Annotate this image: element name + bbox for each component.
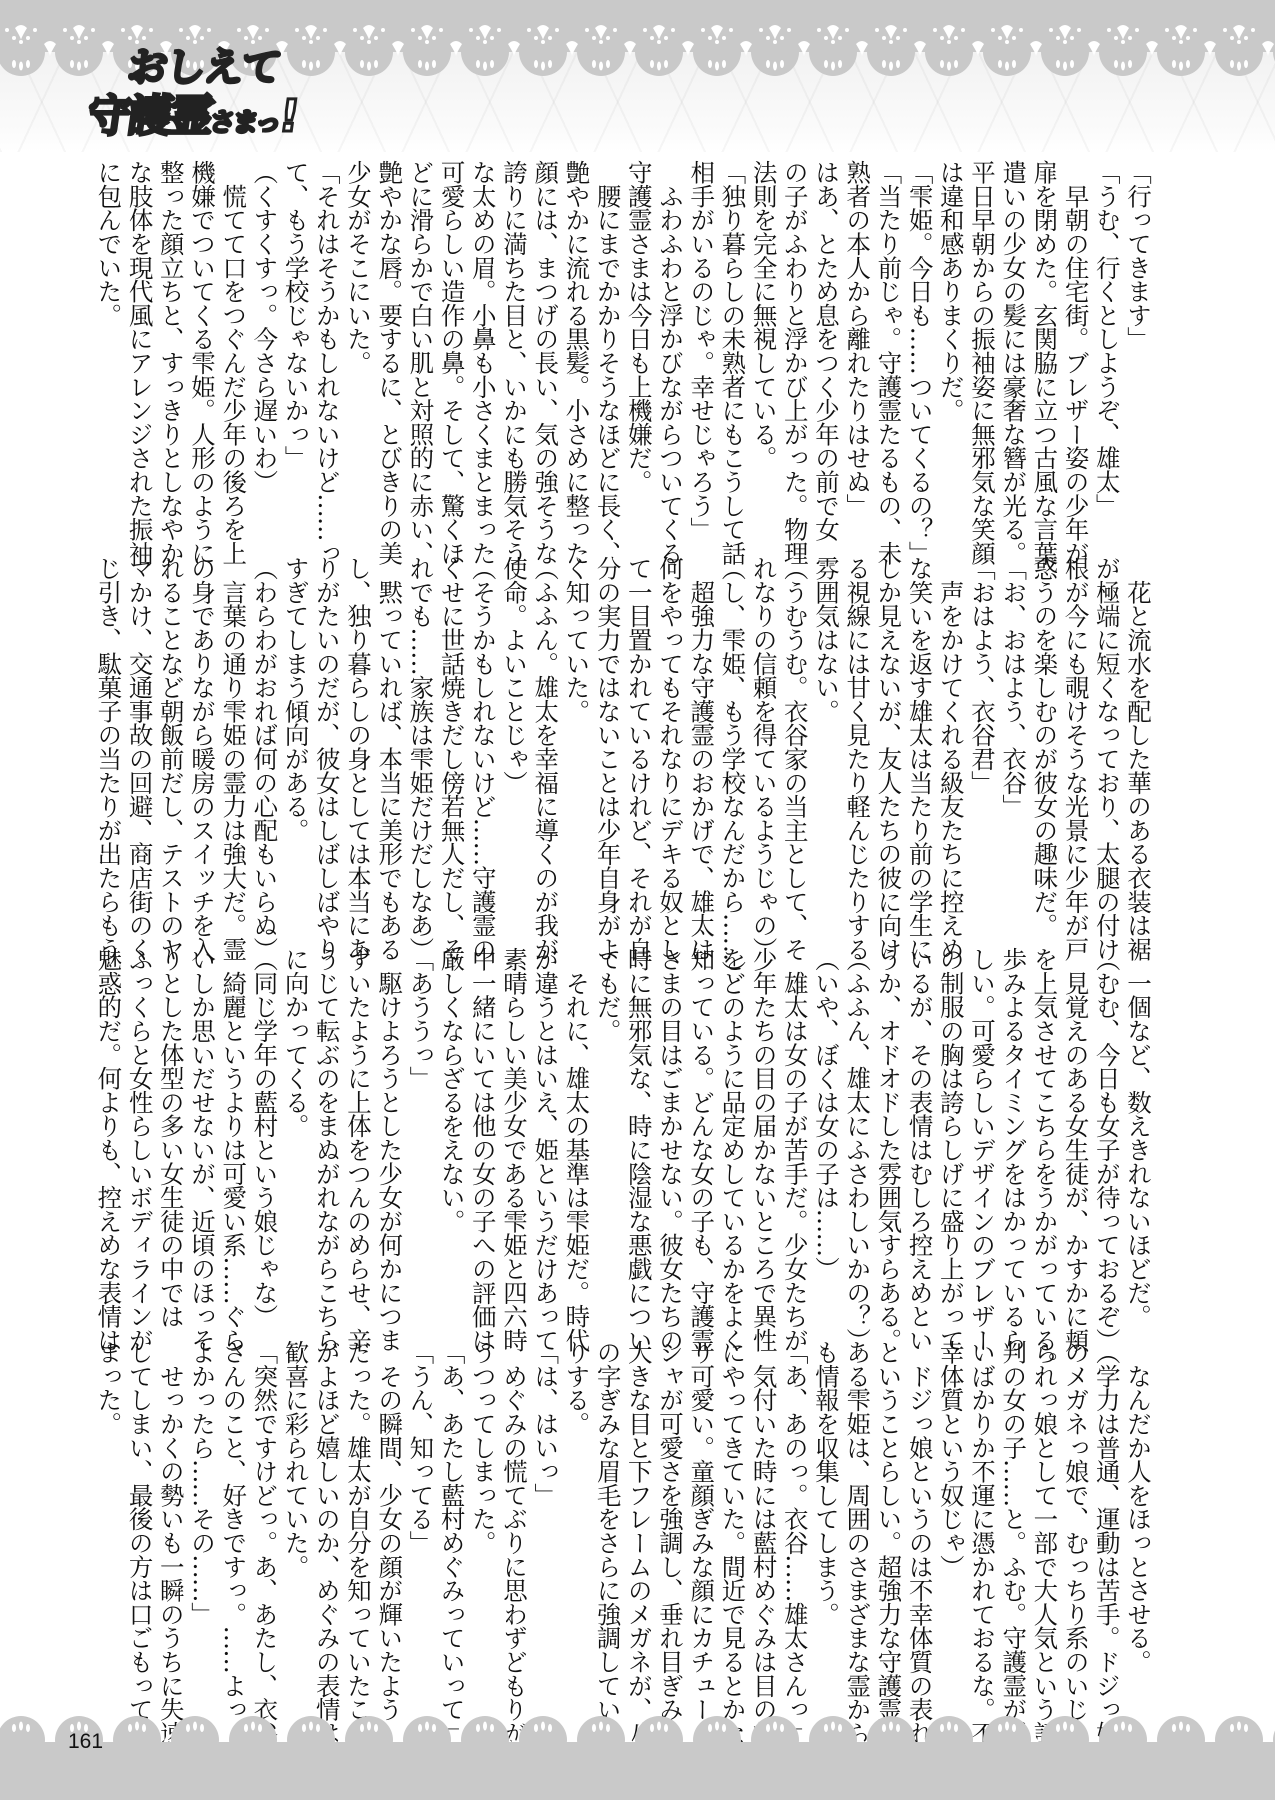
text-column: のメガネっ娘で、むっちり系のいじめ: [1062, 1340, 1090, 1745]
text-column: 知っている。どんな女の子も、守護霊: [687, 947, 715, 1352]
text-column: すぎてしまう傾向がある。: [282, 556, 310, 842]
text-column: 「独り暮らしの未熟者にもこうして話: [718, 160, 746, 565]
text-column: 「あ、あのっ。衣谷……雄太さんっ」: [781, 1340, 809, 1745]
text-column: 少年たちの目の届かないところで異性: [750, 947, 778, 1352]
text-column: 魅惑的だ。何よりも、控えめな表情は: [94, 947, 122, 1352]
text-column: 中一緒にいては他の女の子への評価は: [469, 947, 497, 1352]
text-column: ということらしい。超強力な守護霊で: [874, 1340, 902, 1745]
text-column: （うむうむ。衣谷家の当主として、そ: [781, 556, 809, 961]
text-column: りがたいのだが、彼女はしばしばやり: [313, 556, 341, 961]
text-column: （そうかもしれないけど……守護霊の: [469, 556, 497, 961]
text-column: 使命。よいことじゃ）: [500, 556, 528, 794]
text-column: 判の女の子……と。ふむ。守護霊が弱: [999, 1340, 1027, 1745]
text-column: な太めの眉。小鼻も小さくまとまった: [469, 160, 497, 565]
text-column: （学力は普通、運動は苦手。ドジっ娘: [1093, 1340, 1121, 1745]
text-column: の制服の胸は誇らしげに盛り上がって: [937, 947, 965, 1352]
text-column: （むむ、今日も女子が待っておるぞ）: [1093, 947, 1121, 1352]
text-column: の身でありながら暖房のスイッチを入: [188, 556, 216, 961]
text-column: ずいたように上体をつんのめらせ、辛: [344, 947, 372, 1352]
series-logo: おしえて 守護霊さまっ!: [88, 36, 298, 136]
text-column: し、独り暮らしの身としては本当にあ: [344, 556, 372, 961]
text-column: （ふふん、雄太にふさわしいかの？）: [843, 947, 871, 1352]
text-column: いばかりか不運に憑かれておるな。不: [968, 1340, 996, 1745]
text-column: 雰囲気はない。: [812, 556, 840, 723]
text-column: 顔には、まつげの長い、気の強そうな: [531, 160, 559, 565]
text-column: 歩みよるタイミングをはかっているら: [999, 947, 1027, 1352]
text-column: 厳しくならざるをえない。: [438, 947, 466, 1233]
text-column: いるが、その表情はむしろ控えめとい: [906, 947, 934, 1352]
text-column: に包んでいた。: [94, 160, 122, 327]
text-column: られっ娘として一部で大人気という評: [1030, 1340, 1058, 1745]
text-column: 「あ、あたし藍村めぐみっていって」: [438, 1340, 466, 1745]
text-column: （同じ学年の藍村という娘じゃな）: [250, 947, 278, 1328]
text-column: も情報を収集してしまう。: [812, 1340, 840, 1626]
text-column: な笑いを返す雄太は当たり前の学生に: [906, 556, 934, 961]
text-column: 法則を完全に無視している。: [750, 160, 778, 469]
text-column: うつってしまった。: [469, 1340, 497, 1554]
text-column: 艶やかな唇。要するに、とびきりの美: [375, 160, 403, 565]
text-column: にやってきていた。間近で見るとかな: [718, 1340, 746, 1745]
text-column: ドジっ娘というのは不幸体質の表れ: [906, 1340, 934, 1745]
text-column: 相手がいるのじゃ。幸せじゃろう」: [687, 160, 715, 541]
text-column: 少女がそこにいた。: [344, 160, 372, 374]
text-column: れることなど朝飯前だし、テストのヤ: [157, 556, 185, 961]
novel-page: おしえて 守護霊さまっ! 「行ってきます」「うむ、行くとしようぞ、雄太」 早朝の…: [0, 0, 1275, 1800]
text-column: 「おはよう、衣谷君」: [968, 556, 996, 794]
text-column: くせに世話焼きだし傍若無人だし、そ: [438, 556, 466, 961]
text-column: 駆けよろうとした少女が何かにつま: [375, 947, 403, 1352]
text-column: 熟者の本人から離れたりはせぬ」: [843, 160, 871, 517]
text-column: 整った顔立ちと、すっきりとしなやか: [157, 160, 185, 565]
text-column: うか、オドオドした雰囲気すらある。: [874, 947, 902, 1352]
text-column: 平日早朝からの振袖姿に無邪気な笑顔: [968, 160, 996, 565]
text-column: 扉を閉めた。玄関脇に立つ古風な言葉: [1030, 160, 1058, 565]
text-column: の子がふわりと浮かび上がった。物理: [781, 160, 809, 565]
text-column: 声をかけてくれる級友たちに控えめ: [937, 556, 965, 961]
text-column: 「お、おはよう、衣谷」: [999, 556, 1027, 818]
text-column: り可愛い。童顔ぎみな顔にカチュー: [687, 1340, 715, 1721]
text-column: て、もう学校じゃないかっ」: [282, 160, 310, 469]
text-column: うじて転ぶのをまぬがれながらこちら: [313, 947, 341, 1352]
text-column: しか見えないが、友人たちの彼に向け: [874, 556, 902, 961]
text-column: て一目置かれているけれど、それが自: [625, 556, 653, 961]
text-column: 花と流水を配した華のある衣装は裾: [1124, 556, 1152, 961]
text-column: せっかくの勢いも一瞬のうちに失速: [157, 1340, 185, 1745]
text-column: まった。: [94, 1340, 122, 1435]
text-column: なんだか人をほっとさせる。: [1124, 1340, 1152, 1673]
text-column: それに、雄太の基準は雫姫だ。時代: [562, 947, 590, 1352]
text-column: れでも……家族は雫姫だけだしなあ）: [406, 556, 434, 961]
text-column: 「突然ですけどっ。あ、あたし、衣谷: [250, 1340, 278, 1745]
text-column: 一個など、数えきれないほどだ。: [1124, 947, 1152, 1328]
text-tier-1: 「行ってきます」「うむ、行くとしようぞ、雄太」 早朝の住宅街。ブレザー姿の少年が…: [82, 160, 1152, 530]
text-column: めぐみの慌てぶりに思わずどもりが: [500, 1340, 528, 1745]
text-column: （し、雫姫、もう学校なんだから……）: [718, 556, 746, 984]
text-column: れなりの信頼を得ているようじゃの）: [750, 556, 778, 961]
text-column: 「うむ、行くとしようぞ、雄太」: [1093, 160, 1121, 517]
text-column: その瞬間、少女の顔が輝いたよう: [375, 1340, 403, 1721]
text-column: 「行ってきます」: [1124, 160, 1152, 350]
text-column: 誇りに満ちた目と、いかにも勝気そう: [500, 160, 528, 565]
text-column: ふっくらと女性らしいボディラインが: [126, 947, 154, 1352]
text-column: 艶やかに流れる黒髪。小さめに整った: [562, 160, 590, 565]
text-column: しい。可愛らしいデザインのブレザー: [968, 947, 996, 1352]
text-column: な肢体を現代風にアレンジされた振袖: [126, 160, 154, 565]
text-column: 「それはそうかもしれないけど……っ: [313, 160, 341, 565]
text-tier-2: 花と流水を配した華のある衣装は裾が極端に短くなっており、太腿の付け根が今にも覗け…: [82, 556, 1152, 926]
text-column: 根が今にも覗けそうな光景に少年が戸: [1062, 556, 1090, 961]
text-column: （ふふん。雄太を幸福に導くのが我が: [531, 556, 559, 961]
text-column: 「雫姫。今日も……ついてくるの？」: [906, 160, 934, 565]
text-column: 幸体質という奴じゃ）: [937, 1340, 965, 1578]
text-column: 分の実力ではないことは少年自身がよ: [594, 556, 622, 961]
text-column: マかけ、交通事故の回避、商店街のく: [126, 556, 154, 961]
text-column: をどのように品定めしているかをよく: [718, 947, 746, 1352]
logo-line2: 守護霊さまっ!: [84, 80, 302, 144]
text-column: 「当たり前じゃ。守護霊たるもの、未: [874, 160, 902, 565]
footer-band: [0, 1742, 1275, 1800]
text-column: が違うとはいえ、姫というだけあって: [531, 947, 559, 1352]
text-column: がよほど嬉しいのか、めぐみの表情は: [313, 1340, 341, 1745]
text-column: 黙っていれば、本当に美形でもある: [375, 556, 403, 961]
text-column: さんのこと、好きですっ。……よっ、: [219, 1340, 247, 1745]
text-column: に向かってくる。: [282, 947, 310, 1137]
text-column: は違和感ありまくりだ。: [937, 160, 965, 422]
text-column: 気付いた時には藍村めぐみは目の前: [750, 1340, 778, 1745]
text-column: を上気させてこちらをうかがっている。: [1030, 947, 1058, 1375]
text-column: の字ぎみな眉毛をさらに強調していた: [594, 1340, 622, 1745]
text-column: 可愛らしい造作の鼻。そして、驚くほ: [438, 160, 466, 565]
text-column: りする。: [562, 1340, 590, 1435]
text-column: 雄太は女の子が苦手だ。少女たちが: [781, 947, 809, 1352]
page-number: 161: [68, 1730, 103, 1754]
text-column: 守護霊さまは今日も上機嫌だ。: [625, 160, 653, 493]
text-column: 素晴らしい美少女である雫姫と四六時: [500, 947, 528, 1352]
text-column: る視線には甘く見たり軽んじたりする: [843, 556, 871, 961]
text-column: さまの目はごまかせない。彼女たちの: [656, 947, 684, 1352]
text-column: てもだ。: [594, 947, 622, 1042]
text-column: はあ、とため息をつく少年の前で女: [812, 160, 840, 541]
text-column: 歓喜に彩られていた。: [282, 1340, 310, 1578]
text-column: （くすくすっ。今さら遅いわ）: [250, 160, 278, 493]
text-column: 超強力な守護霊のおかげで、雄太は: [687, 556, 715, 961]
text-column: ある雫姫は、周囲のさまざまな霊から: [843, 1340, 871, 1745]
text-column: が極端に短くなっており、太腿の付け: [1093, 556, 1121, 961]
text-column: 「うん、知ってる」: [406, 1340, 434, 1554]
text-column: してしまい、最後の方は口ごもってし: [126, 1340, 154, 1745]
text-column: く知っていた。: [562, 556, 590, 723]
text-column: 機嫌でついてくる雫姫。人形のように: [188, 160, 216, 565]
text-column: 見覚えのある女生徒が、かすかに頬: [1062, 947, 1090, 1352]
text-column: よかったら……その……」: [188, 1340, 216, 1626]
text-column: 「あううっ」: [406, 947, 434, 1090]
text-column: どに滑らかで白い肌と対照的に赤い、: [406, 160, 434, 565]
text-tier-4: なんだか人をほっとさせる。（学力は普通、運動は苦手。ドジっ娘のメガネっ娘で、むっ…: [82, 1340, 1152, 1710]
text-column: りとした体型の多い女生徒の中では: [157, 947, 185, 1328]
text-column: じ引き、駄菓子の当たりが出たらもう: [94, 556, 122, 961]
text-column: 惑うのを楽しむのが彼女の趣味だ。: [1030, 556, 1058, 937]
text-tier-3: 一個など、数えきれないほどだ。（むむ、今日も女子が待っておるぞ） 見覚えのある女…: [82, 947, 1152, 1317]
text-column: 早朝の住宅街。ブレザー姿の少年が: [1062, 160, 1090, 565]
text-column: だった。雄太が自分を知っていたこと: [344, 1340, 372, 1745]
text-column: 言葉の通り雫姫の霊力は強大だ。霊: [219, 556, 247, 961]
text-column: 時に無邪気な、時に陰湿な悪戯につい: [625, 947, 653, 1352]
text-column: 何をやってもそれなりにデキる奴とし: [656, 556, 684, 961]
text-column: 腰にまでかかりそうなほどに長く、: [594, 160, 622, 565]
text-column: 「は、はいっ」: [531, 1340, 559, 1507]
text-column: 慌てて口をつぐんだ少年の後ろを上: [219, 160, 247, 565]
text-column: 大きな目と下フレームのメガネが、八: [625, 1340, 653, 1745]
text-column: シャが可愛さを強調し、垂れ目ぎみの: [656, 1340, 684, 1745]
text-column: （わらわがおれば何の心配もいらぬ）: [250, 556, 278, 961]
text-column: ふわふわと浮かびながらついてくる: [656, 160, 684, 565]
text-column: いしか思いだせないが、近頃のほっそ: [188, 947, 216, 1352]
text-column: 遣いの少女の髪には豪奢な簪が光る。: [999, 160, 1027, 565]
text-column: 綺麗というよりは可愛い系……ぐら: [219, 947, 247, 1352]
text-column: （いや、ぼくは女の子は……）: [812, 947, 840, 1280]
